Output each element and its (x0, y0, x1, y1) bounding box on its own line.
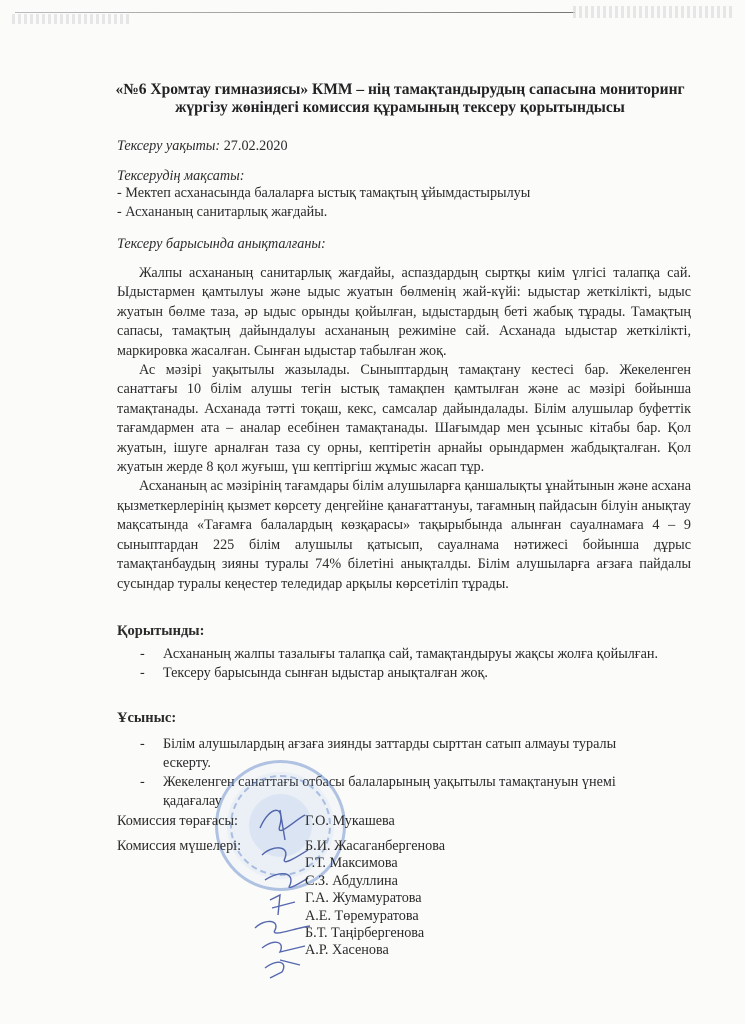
member-name: Б.И. Жасаганбергенова (305, 838, 445, 855)
findings-label: Тексеру барысында анықталғаны: (117, 235, 326, 254)
member-name: С.З. Абдуллина (305, 873, 445, 890)
member-name: Г.А. Жумамуратова (305, 890, 445, 907)
conclusion-heading: Қорытынды: (117, 623, 204, 640)
member-name: А.Е. Төремуратова (305, 908, 445, 925)
recommendation-heading: Ұсыныс: (117, 710, 176, 727)
scan-artifact (573, 6, 733, 18)
purpose-item: - Асхананың санитарлық жағдайы. (117, 203, 327, 222)
member-name: А.Р. Хасенова (305, 942, 445, 959)
inspection-date: 27.02.2020 (224, 138, 288, 154)
members-label: Комиссия мүшелері: (117, 838, 241, 855)
conclusion-item: Тексеру барысында сынған ыдыстар анықтал… (140, 664, 700, 683)
scan-artifact (12, 14, 132, 24)
recommendation-list: Білім алушылардың ағзаға зиянды заттарды… (140, 735, 660, 811)
members-list: Б.И. Жасаганбергенова Г.Т. Максимова С.З… (305, 838, 445, 960)
findings-paragraph: Ас мәзірі уақытылы жазылады. Сыныптардың… (117, 361, 691, 477)
title-line-2: жүргізу жөніндегі комиссия құрамының тек… (110, 99, 690, 117)
inspection-time: Тексеру уақыты: 27.02.2020 (117, 137, 288, 156)
chair-label: Комиссия төрағасы: (117, 813, 238, 830)
title-line-1: «№6 Хромтау гимназиясы» КММ – нің тамақт… (110, 81, 690, 99)
conclusion-list: Асхананың жалпы тазалығы талапқа сай, та… (140, 645, 700, 683)
recommendation-item: Білім алушылардың ағзаға зиянды заттарды… (140, 735, 660, 773)
inspection-time-label: Тексеру уақыты: (117, 138, 220, 154)
findings-paragraph: Жалпы асхананың санитарлық жағдайы, аспа… (117, 264, 691, 361)
findings-paragraph: Асхананың ас мәзірінің тағамдары білім а… (117, 477, 691, 593)
purpose-item: - Мектеп асханасында балаларға ыстық там… (117, 184, 530, 203)
chair-name: Г.О. Мукашева (305, 813, 395, 830)
conclusion-item: Асхананың жалпы тазалығы талапқа сай, та… (140, 645, 700, 664)
member-name: Г.Т. Максимова (305, 855, 445, 872)
member-name: Б.Т. Таңірбергенова (305, 925, 445, 942)
findings-body: Жалпы асхананың санитарлық жағдайы, аспа… (117, 264, 691, 594)
document-title: «№6 Хромтау гимназиясы» КММ – нің тамақт… (110, 81, 690, 117)
scan-edge-line (15, 12, 575, 13)
